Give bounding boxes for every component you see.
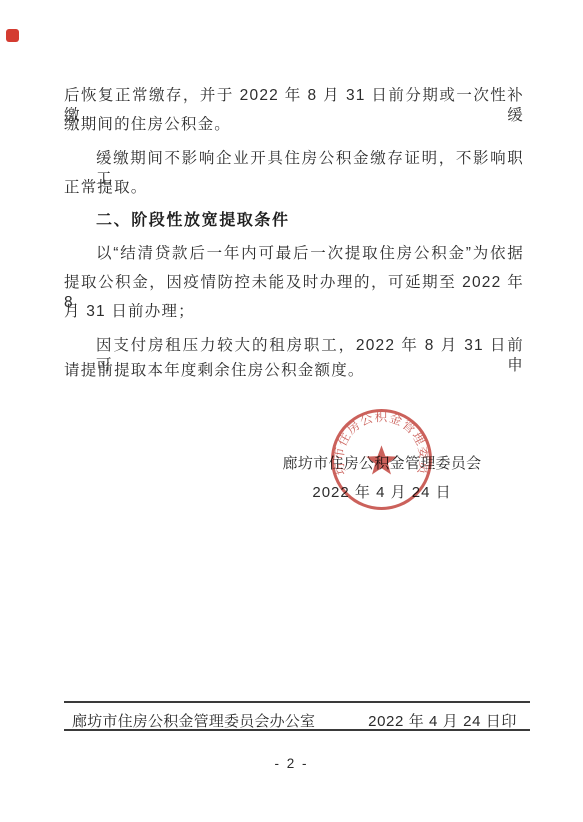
body-line: 月 31 日前办理； <box>64 302 524 326</box>
body-line: 缓缴期间不影响企业开具住房公积金缴存证明，不影响职工 <box>64 149 524 173</box>
page-number: - 2 - <box>0 756 583 771</box>
document-page: 后恢复正常缴存，并于 2022 年 8 月 31 日前分期或一次性补缴缓 缴期间… <box>0 0 583 822</box>
body-line: 正常提取。 <box>64 178 524 202</box>
body-line: 提取公积金，因疫情防控未能及时办理的，可延期至 2022 年 8 <box>64 273 524 297</box>
footer-issuer: 廊坊市住房公积金管理委员会办公室 <box>72 710 315 731</box>
body-line: 以“结清贷款后一年内可最后一次提取住房公积金”为依据 <box>64 244 524 268</box>
body-line: 请提前提取本年度剩余住房公积金额度。 <box>64 361 524 385</box>
section-heading: 二、阶段性放宽提取条件 <box>64 211 524 235</box>
official-seal-stamp-icon: 廊坊市住房公积金管理委员会 <box>329 407 434 512</box>
body-line: 缴期间的住房公积金。 <box>64 115 524 139</box>
red-corner-mark <box>6 29 19 42</box>
footer-print-date: 2022 年 4 月 24 日印 <box>368 710 517 731</box>
body-line: 因支付房租压力较大的租房职工，2022 年 8 月 31 日前可申 <box>64 336 524 360</box>
body-line: 后恢复正常缴存，并于 2022 年 8 月 31 日前分期或一次性补缴缓 <box>64 86 524 110</box>
seal-star-icon <box>366 445 397 474</box>
footer-divider-top <box>64 701 530 703</box>
footer-divider-bottom <box>64 729 530 731</box>
